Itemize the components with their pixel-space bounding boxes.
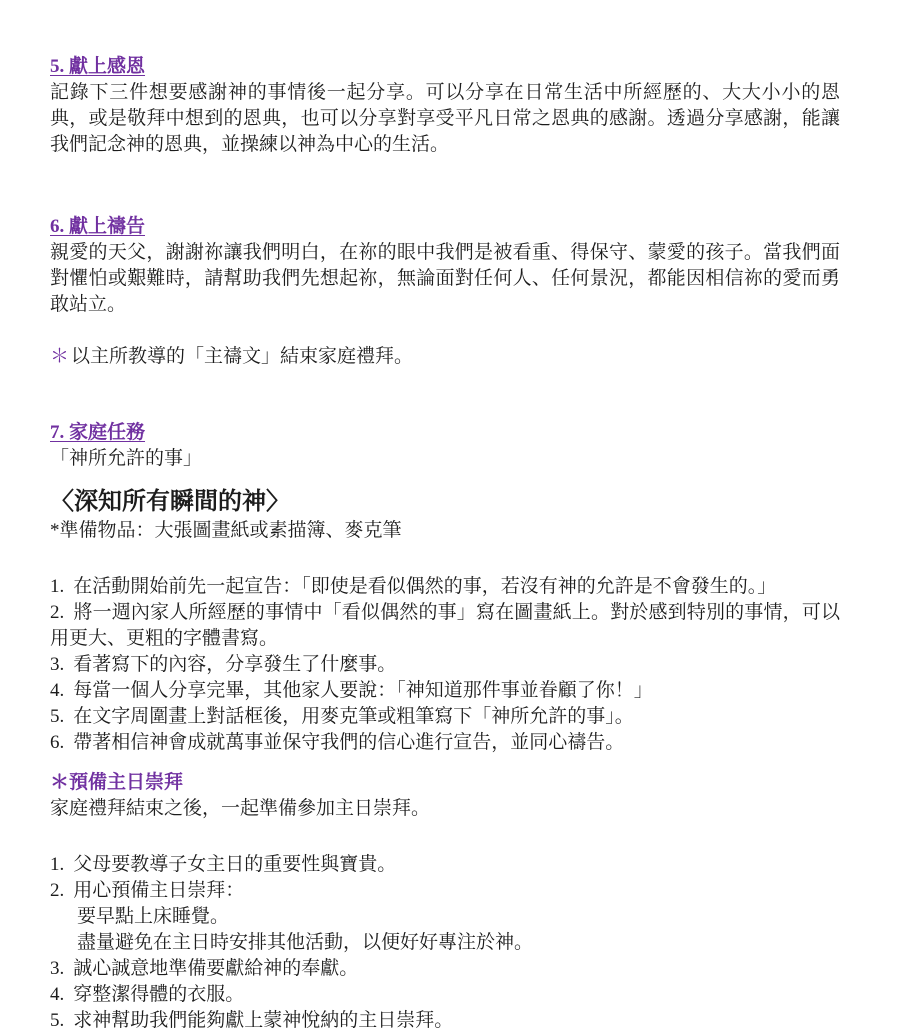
step-text: 誠心誠意地準備要獻給神的奉獻。 xyxy=(73,958,358,979)
activity-title: 〈深知所有瞬間的神〉 xyxy=(50,486,840,518)
step-number: 6. xyxy=(50,732,64,753)
sunday-worship-intro: 家庭禮拜結束之後，一起準備參加主日崇拜。 xyxy=(50,796,840,822)
step-number: 3. xyxy=(50,654,64,675)
section-7-heading: 7. 家庭任務 xyxy=(50,420,840,446)
activity-step: 6.帶著相信神會成就萬事並保守我們的信心進行宣告，並同心禱告。 xyxy=(50,730,840,756)
lords-prayer-note: ＊以主所教導的「主禱文」結束家庭禮拜。 xyxy=(50,344,840,370)
step-text: 用心預備主日崇拜： xyxy=(73,880,244,901)
section-5-body: 記錄下三件想要感謝神的事情後一起分享。可以分享在日常生活中所經歷的、大大小小的恩… xyxy=(50,80,840,158)
asterisk-icon: ＊ xyxy=(50,346,69,367)
step-number: 1. xyxy=(50,854,64,875)
activity-step: 2.將一週內家人所經歷的事情中「看似偶然的事」寫在圖畫紙上。對於感到特別的事情，… xyxy=(50,600,840,652)
sunday-step: 3.誠心誠意地準備要獻給神的奉獻。 xyxy=(50,956,840,982)
step-number: 5. xyxy=(50,1010,64,1031)
activity-step: 3.看著寫下的內容，分享發生了什麼事。 xyxy=(50,652,840,678)
step-text: 看著寫下的內容，分享發生了什麼事。 xyxy=(73,654,396,675)
sunday-substep: 盡量避免在主日時安排其他活動，以便好好專注於神。 xyxy=(50,930,840,956)
step-number: 2. xyxy=(50,880,64,901)
section-6-heading: 6. 獻上禱告 xyxy=(50,214,840,240)
activity-materials: *準備物品：大張圖畫紙或素描簿、麥克筆 xyxy=(50,518,840,544)
step-text: 父母要教導子女主日的重要性與寶貴。 xyxy=(73,854,396,875)
step-number: 4. xyxy=(50,984,64,1005)
activity-step: 5.在文字周圍畫上對話框後，用麥克筆或粗筆寫下「神所允許的事」。 xyxy=(50,704,840,730)
step-text: 將一週內家人所經歷的事情中「看似偶然的事」寫在圖畫紙上。對於感到特別的事情，可以… xyxy=(50,602,840,649)
step-number: 4. xyxy=(50,680,64,701)
section-7-subtitle: 「神所允許的事」 xyxy=(50,446,840,472)
step-number: 5. xyxy=(50,706,64,727)
sunday-worship-heading: ＊預備主日崇拜 xyxy=(50,770,840,796)
asterisk-icon: ＊ xyxy=(50,772,69,793)
sunday-substep: 要早點上床睡覺。 xyxy=(50,904,840,930)
step-text: 求神幫助我們能夠獻上蒙神悅納的主日崇拜。 xyxy=(73,1010,453,1031)
activity-step: 4.每當一個人分享完畢，其他家人要說：「神知道那件事並眷顧了你！」 xyxy=(50,678,840,704)
sunday-step: 4.穿整潔得體的衣服。 xyxy=(50,982,840,1008)
section-5-heading: 5. 獻上感恩 xyxy=(50,54,840,80)
step-text: 在文字周圍畫上對話框後，用麥克筆或粗筆寫下「神所允許的事」。 xyxy=(73,706,634,727)
sunday-step: 2.用心預備主日崇拜： xyxy=(50,878,840,904)
sunday-steps-list: 1.父母要教導子女主日的重要性與寶貴。 2.用心預備主日崇拜： 要早點上床睡覺。… xyxy=(50,852,840,1034)
step-text: 穿整潔得體的衣服。 xyxy=(73,984,244,1005)
sunday-step: 5.求神幫助我們能夠獻上蒙神悅納的主日崇拜。 xyxy=(50,1008,840,1034)
document-page: 5. 獻上感恩 記錄下三件想要感謝神的事情後一起分享。可以分享在日常生活中所經歷… xyxy=(0,0,920,1035)
step-text: 帶著相信神會成就萬事並保守我們的信心進行宣告，並同心禱告。 xyxy=(73,732,624,753)
step-text: 每當一個人分享完畢，其他家人要說：「神知道那件事並眷顧了你！」 xyxy=(73,680,653,701)
activity-step: 1.在活動開始前先一起宣告：「即使是看似偶然的事，若沒有神的允許是不會發生的。」 xyxy=(50,574,840,600)
step-number: 2. xyxy=(50,602,64,623)
activity-steps-list: 1.在活動開始前先一起宣告：「即使是看似偶然的事，若沒有神的允許是不會發生的。」… xyxy=(50,574,840,756)
sunday-worship-heading-text: 預備主日崇拜 xyxy=(69,772,183,793)
sunday-step: 1.父母要教導子女主日的重要性與寶貴。 xyxy=(50,852,840,878)
step-number: 1. xyxy=(50,576,64,597)
section-6-body: 親愛的天父，謝謝祢讓我們明白，在祢的眼中我們是被看重、得保守、蒙愛的孩子。當我們… xyxy=(50,240,840,318)
step-text: 在活動開始前先一起宣告：「即使是看似偶然的事，若沒有神的允許是不會發生的。」 xyxy=(73,576,776,597)
step-number: 3. xyxy=(50,958,64,979)
lords-prayer-note-text: 以主所教導的「主禱文」結束家庭禮拜。 xyxy=(71,346,413,367)
